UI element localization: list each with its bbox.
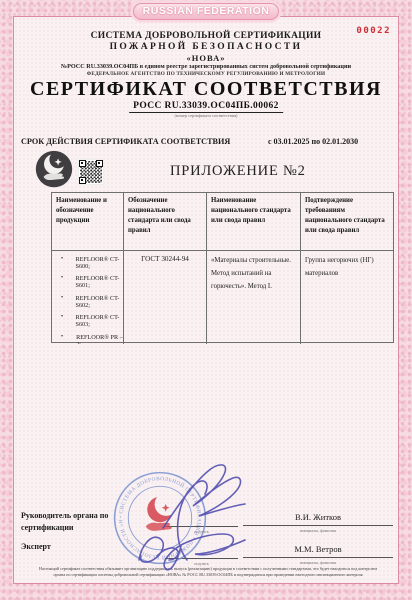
standard-name-cell: «Материалы строительные. Метод испытаний…	[207, 251, 301, 344]
conformity-cell: Группа негорючих (НГ) материалов	[301, 251, 393, 344]
products-table: Наименование и обозначение продукции Обо…	[51, 192, 394, 343]
document-title: СЕРТИФИКАТ СООТВЕТСТВИЯ	[0, 78, 412, 101]
product-list-cell: • REFLOOR® CT-S600; • REFLOOR® CT-S601; …	[52, 251, 124, 344]
certification-system-line1: СИСТЕМА ДОБРОВОЛЬНОЙ СЕРТИФИКАЦИИ	[0, 31, 412, 41]
qr-finder-top-left	[79, 160, 86, 167]
certificate-page: RUSSIAN FEDERATION 00022 СИСТЕМА ДОБРОВО…	[0, 0, 412, 600]
appendix-title: ПРИЛОЖЕНИЕ №2	[170, 163, 306, 180]
table-header-standard-name: Наименование национального стандарта или…	[207, 193, 301, 251]
product-name: REFLOOR® CT-S601;	[76, 275, 123, 289]
handwritten-signatures-icon	[95, 448, 285, 578]
bullet-icon: •	[61, 314, 68, 328]
table-header-product: Наименование и обозначение продукции	[52, 193, 124, 251]
nova-crescent-hand-emblem-icon	[34, 150, 74, 190]
certificate-number: РОСС RU.33039.ОС04ПБ.00062	[129, 101, 283, 113]
qr-code-icon	[79, 160, 103, 184]
signature-head-of-body	[163, 465, 245, 528]
bullet-icon: •	[61, 295, 68, 309]
product-list-item: • REFLOOR® CT-S602;	[52, 295, 123, 309]
table-header-conformity: Подтверждение требованиям национального …	[301, 193, 393, 251]
product-name: REFLOOR® CT-S603;	[76, 314, 123, 328]
bullet-icon: •	[61, 256, 68, 270]
standard-code-cell: ГОСТ 30244-94	[124, 251, 207, 344]
product-list-item: • REFLOOR® CT-S601;	[52, 275, 123, 289]
certification-system-line2: ПОЖАРНОЙ БЕЗОПАСНОСТИ	[0, 42, 412, 52]
federal-agency-line: ФЕДЕРАЛЬНОЕ АГЕНТСТВО ПО ТЕХНИЧЕСКОМУ РЕ…	[0, 71, 412, 77]
bullet-icon: •	[61, 334, 68, 344]
product-name: REFLOOR® PR – 2;	[76, 334, 123, 344]
bullet-icon: •	[61, 275, 68, 289]
table-header-standard-code: Обозначение национального стандарта или …	[124, 193, 207, 251]
product-list-item: • REFLOOR® CT-S600;	[52, 256, 123, 270]
signature-expert	[139, 481, 245, 570]
product-name: REFLOOR® CT-S602;	[76, 295, 123, 309]
certificate-number-caption: (номер сертификата соответствия)	[0, 113, 412, 118]
role-expert: Эксперт	[21, 542, 51, 551]
product-list-item: • REFLOOR® PR – 2;	[52, 334, 123, 344]
qr-finder-top-right	[96, 160, 103, 167]
qr-finder-bottom-left	[79, 177, 86, 184]
validity-label: СРОК ДЕЙСТВИЯ СЕРТИФИКАТА СООТВЕТСТВИЯ	[21, 137, 230, 146]
validity-dates: с 03.01.2025 по 02.01.2030	[268, 137, 358, 146]
product-name: REFLOOR® CT-S600;	[76, 256, 123, 270]
certification-system-name: «НОВА»	[0, 53, 412, 63]
russian-federation-banner: RUSSIAN FEDERATION	[133, 3, 279, 20]
product-list-item: • REFLOOR® CT-S603;	[52, 314, 123, 328]
registry-number-line: №РОСС RU.33039.ОС04ПБ в едином реестре з…	[0, 63, 412, 70]
